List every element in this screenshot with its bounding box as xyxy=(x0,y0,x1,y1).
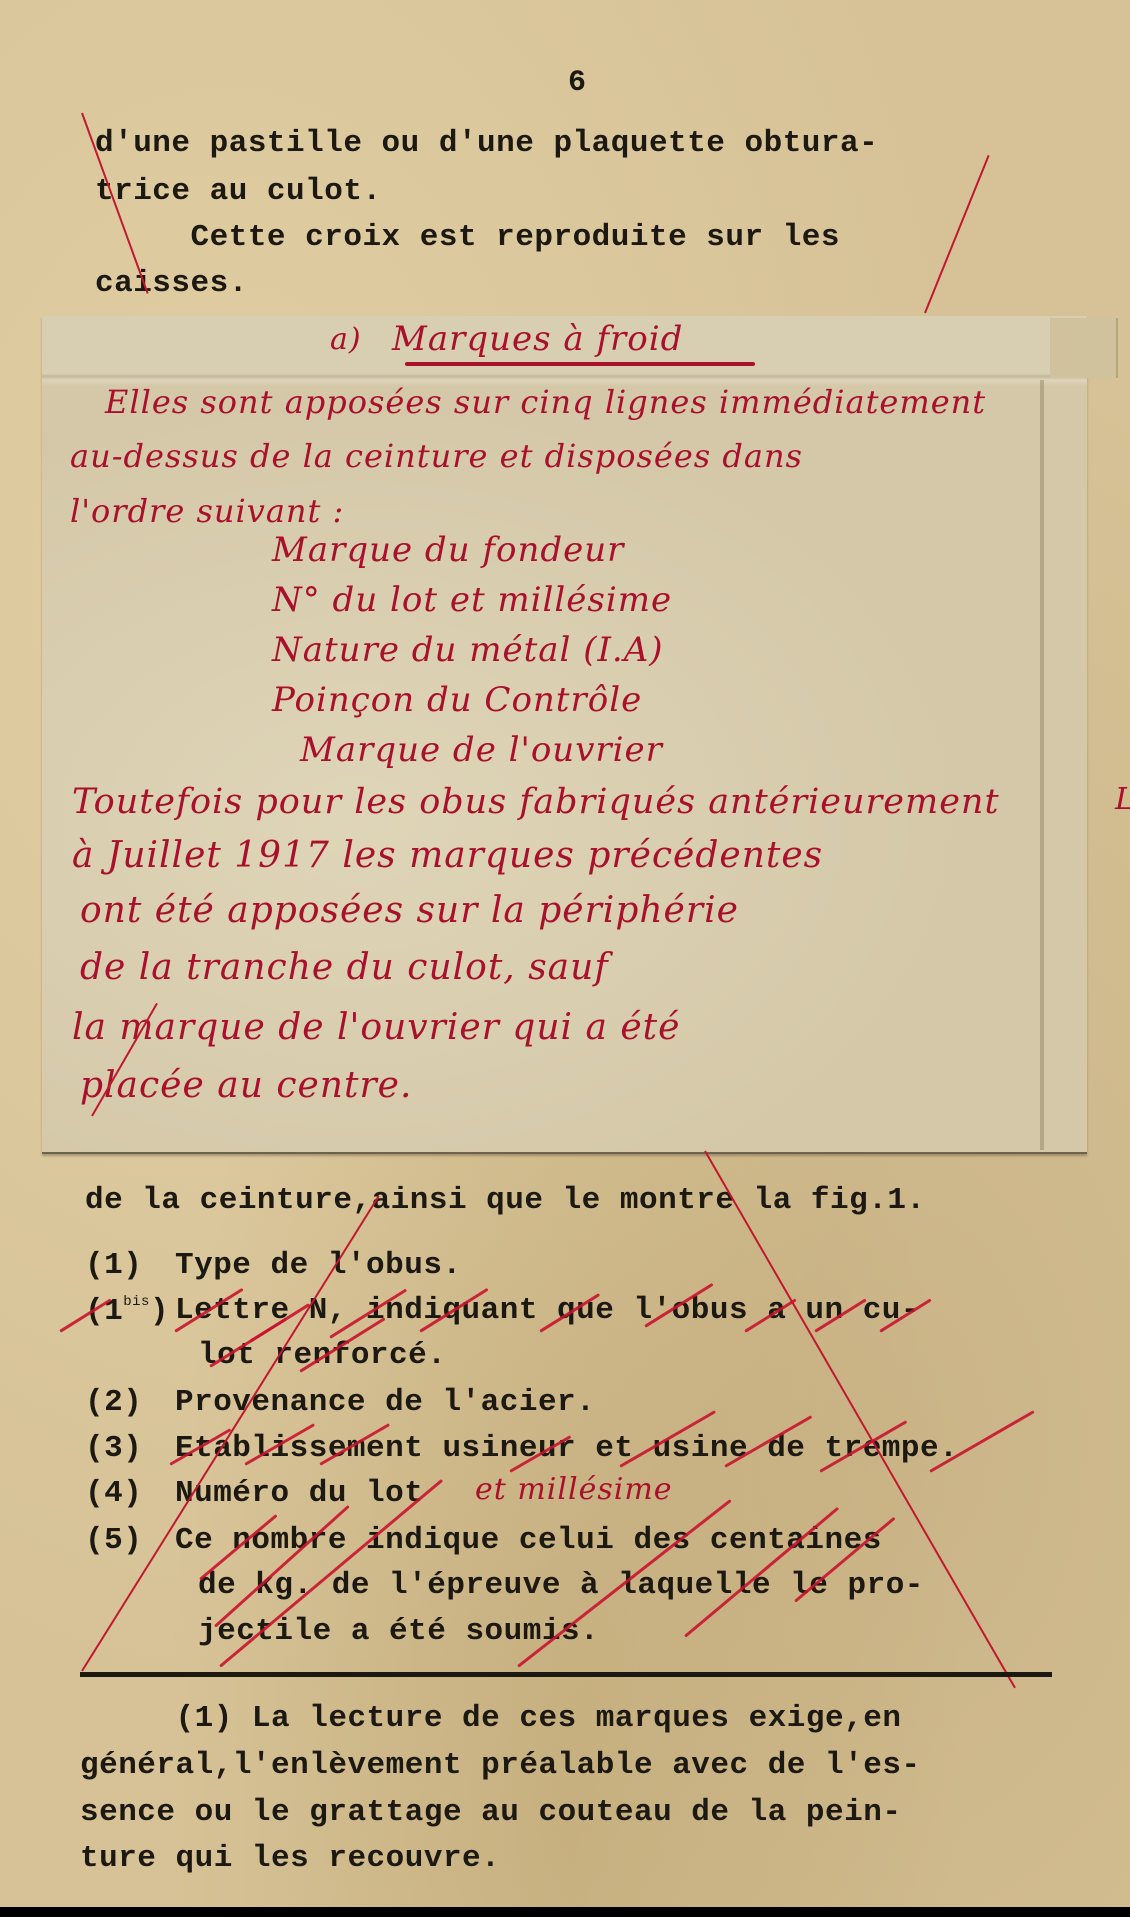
footnote-line: général,l'enlèvement préalable avec de l… xyxy=(80,1750,921,1781)
page-number: 6 xyxy=(568,68,587,98)
slip-heading-label: a) xyxy=(330,325,362,355)
slip-list-item: Marque du fondeur xyxy=(272,533,624,567)
legend-marker: (2) xyxy=(85,1387,142,1418)
slip-line: Elles sont apposées sur cinq lignes immé… xyxy=(105,386,986,418)
slip-line: placée au centre. xyxy=(80,1068,412,1104)
footnote-line: sence ou le grattage au couteau de la pe… xyxy=(80,1797,901,1828)
slip-line: au-dessus de la ceinture et disposées da… xyxy=(70,440,803,472)
legend-marker: (1) xyxy=(85,1250,142,1281)
slip-list-item: Nature du métal (I.A) xyxy=(272,633,664,667)
slip-list-item: Poinçon du Contrôle xyxy=(272,683,642,717)
legend-marker: (5) xyxy=(85,1525,142,1556)
legend-marker: (1bis) xyxy=(85,1295,169,1327)
scan-border xyxy=(0,1907,1130,1917)
typed-line: de la ceinture,ainsi que le montre la fi… xyxy=(85,1185,926,1216)
red-cancel-line xyxy=(704,1151,1016,1689)
legend-text: Numéro du lot xyxy=(175,1478,423,1509)
slip-heading-title: Marques à froid xyxy=(392,322,683,356)
typed-line: trice au culot. xyxy=(95,176,382,207)
footnote-line: (1) La lecture de ces marques exige,en xyxy=(80,1703,901,1734)
footnote-line: ture qui les recouvre. xyxy=(80,1843,500,1874)
slip-list-item: N° du lot et millésime xyxy=(272,583,672,617)
typed-line: caisses. xyxy=(95,268,248,299)
slip-edge xyxy=(1040,380,1044,1150)
legend-marker-end: ) xyxy=(150,1294,169,1329)
legend-marker: (4) xyxy=(85,1478,142,1509)
slip-line: la marque de l'ouvrier qui a été xyxy=(72,1010,680,1046)
slip-line: de la tranche du culot, sauf xyxy=(80,950,609,986)
legend-marker: (3) xyxy=(85,1433,142,1464)
typed-line: d'une pastille ou d'une plaquette obtura… xyxy=(95,128,878,159)
legend-text-struck: Lettre N, indiquant que l'obus a un cu- xyxy=(175,1295,920,1326)
slip-folded-flap xyxy=(1050,318,1118,378)
handwritten-addition: et millésime xyxy=(475,1475,673,1505)
slip-line: à Juillet 1917 les marques précédentes xyxy=(72,838,823,874)
red-cancel-line xyxy=(924,155,990,313)
footnote-separator-rule xyxy=(80,1672,1052,1677)
slip-margin-note: L xyxy=(1115,785,1130,815)
slip-line: l'ordre suivant : xyxy=(70,495,344,527)
slip-list-item: Marque de l'ouvrier xyxy=(300,733,663,767)
slip-line: Toutefois pour les obus fabriqués antéri… xyxy=(72,785,1000,820)
legend-marker-sup: bis xyxy=(123,1294,150,1310)
heading-underline xyxy=(405,362,755,366)
legend-text-struck: Ce nombre indique celui des centaines xyxy=(175,1525,882,1556)
typed-line: Cette croix est reproduite sur les xyxy=(95,222,840,253)
legend-text: Provenance de l'acier. xyxy=(175,1387,595,1418)
legend-text: Type de l'obus. xyxy=(175,1250,462,1281)
slip-line: ont été apposées sur la périphérie xyxy=(80,893,739,929)
